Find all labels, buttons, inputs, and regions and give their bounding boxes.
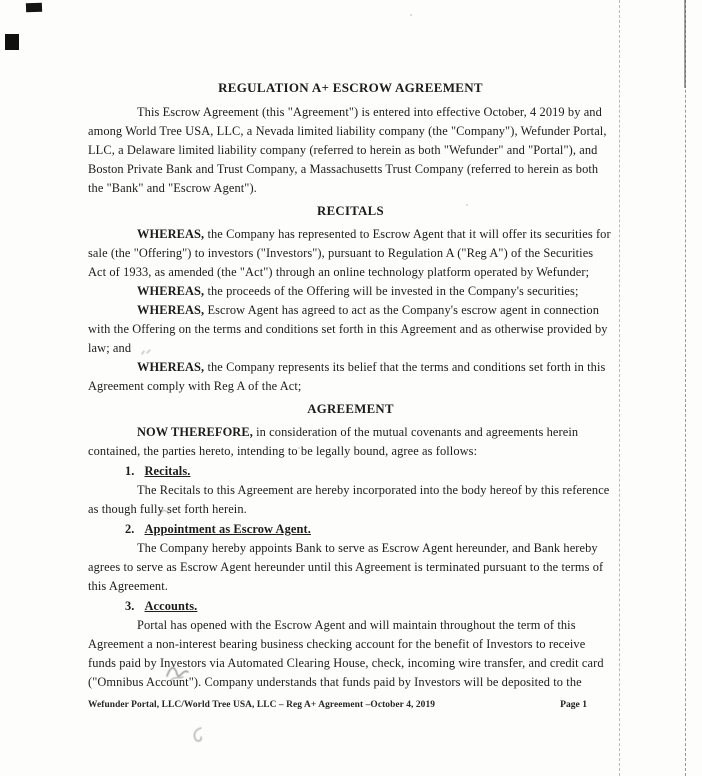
section-number: 1. — [125, 464, 135, 478]
page-footer: Wefunder Portal, LLC/World Tree USA, LLC… — [88, 699, 613, 710]
whereas-paragraph: WHEREAS, the Company has represented to … — [88, 225, 613, 282]
whereas-lead: WHEREAS, — [137, 284, 204, 298]
recitals-heading: RECITALS — [88, 202, 613, 221]
section-body: The Company hereby appoints Bank to serv… — [88, 539, 613, 596]
scan-artifact-corner-square — [5, 34, 19, 50]
scan-artifact-corner-bar — [26, 3, 42, 13]
scan-artifact-dotted-line-inner — [619, 0, 620, 776]
scanned-document-page: REGULATION A+ ESCROW AGREEMENT This Escr… — [0, 0, 702, 776]
footer-document-id: Wefunder Portal, LLC/World Tree USA, LLC… — [88, 700, 435, 710]
section-title: Recitals. — [145, 464, 191, 478]
now-therefore-lead: NOW THEREFORE, — [137, 425, 253, 439]
section-heading-accounts: 3.Accounts. — [125, 597, 613, 616]
whereas-lead: WHEREAS, — [137, 227, 204, 241]
section-body: The Recitals to this Agreement are hereb… — [88, 481, 613, 519]
agreement-heading: AGREEMENT — [88, 400, 613, 419]
scan-artifact-edge-shadow — [684, 0, 686, 88]
whereas-lead: WHEREAS, — [137, 303, 204, 317]
whereas-paragraph: WHEREAS, the proceeds of the Offering wi… — [88, 282, 613, 301]
whereas-paragraph: WHEREAS, the Company represents its beli… — [88, 358, 613, 396]
whereas-lead: WHEREAS, — [137, 360, 204, 374]
whereas-paragraph: WHEREAS, Escrow Agent has agreed to act … — [88, 301, 613, 358]
section-title: Accounts. — [145, 599, 198, 613]
section-number: 2. — [125, 522, 135, 536]
footer-page-number: Page 1 — [560, 699, 587, 710]
section-heading-appointment: 2.Appointment as Escrow Agent. — [125, 520, 613, 539]
document-body: REGULATION A+ ESCROW AGREEMENT This Escr… — [88, 79, 613, 692]
intro-paragraph: This Escrow Agreement (this "Agreement")… — [88, 103, 613, 198]
scan-artifact-dotted-line-edge — [685, 0, 686, 776]
section-heading-recitals: 1.Recitals. — [125, 462, 613, 481]
now-therefore-paragraph: NOW THEREFORE, in consideration of the m… — [88, 423, 613, 461]
section-title: Appointment as Escrow Agent. — [145, 522, 311, 536]
whereas-text: the proceeds of the Offering will be inv… — [204, 284, 578, 298]
document-title: REGULATION A+ ESCROW AGREEMENT — [88, 79, 613, 96]
section-number: 3. — [125, 599, 135, 613]
pencil-mark — [190, 726, 206, 744]
scan-speck — [410, 14, 412, 16]
section-body: Portal has opened with the Escrow Agent … — [88, 616, 613, 692]
